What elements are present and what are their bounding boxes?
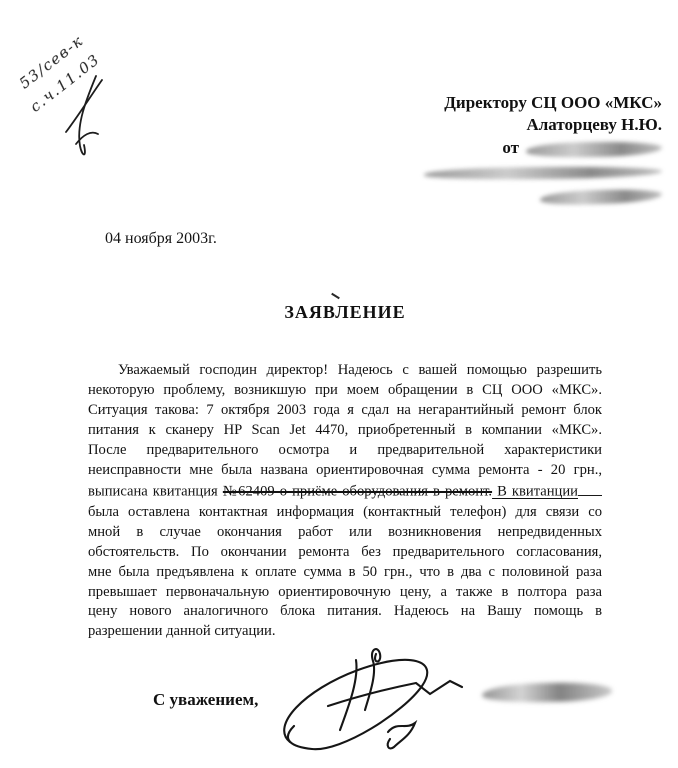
body-line: мной в случае окончания работ или возник… (88, 523, 602, 543)
document-date: 04 ноября 2003г. (105, 230, 217, 248)
recipient-org: Директору СЦ ООО «МКС» (424, 92, 662, 114)
recipient-name: Алаторцеву Н.Ю. (424, 114, 662, 136)
body-line: неисправности мне была названа ориентиро… (88, 461, 602, 481)
body-line: некоторую проблему, возникшую при моем о… (88, 381, 602, 401)
receipt-underlined-text: В квитанции (492, 484, 578, 500)
body-line: цену нового аналогичного блока питания. … (88, 602, 602, 622)
stray-pen-mark (331, 293, 340, 299)
body-line-receipt: выписана квитанция №62409 о приёме обору… (88, 480, 602, 503)
receipt-struck-text: №62409 о приёме оборудования в ремонт. (223, 484, 492, 500)
body-line: Уважаемый господин директор! Надеюсь с в… (88, 361, 602, 381)
body-line: питания к сканеру HP Scan Jet 4470, прио… (88, 421, 602, 441)
handwritten-paraph-icon (56, 72, 118, 164)
recipient-block: Директору СЦ ООО «МКС» Алаторцеву Н.Ю. о… (424, 92, 662, 206)
letter-body: Уважаемый господин директор! Надеюсь с в… (88, 361, 602, 642)
body-line: разрешении данной ситуации. (88, 622, 602, 642)
redacted-signer-name (482, 682, 612, 704)
redacted-row (424, 161, 662, 183)
body-line: превышает первоначальную ориентировочную… (88, 583, 602, 603)
body-line: После предварительного осмотра и предвар… (88, 441, 602, 461)
body-line: была оставлена контактная информация (ко… (88, 503, 602, 523)
redacted-row (424, 184, 662, 206)
closing-salutation: С уважением, (153, 690, 258, 710)
redacted-sender-name (526, 140, 662, 157)
redacted-sender-address (424, 165, 662, 179)
body-line: Ситуация такова: 7 октября 2003 года я с… (88, 401, 602, 421)
body-line: обстоятельств. По окончании ремонта без … (88, 543, 602, 563)
handwritten-signature-icon (270, 642, 470, 766)
document-title-text: ЗАЯВЛЕНИЕ (284, 302, 405, 322)
body-line: мне была предъявлена к оплате сумма в 50… (88, 563, 602, 583)
from-label: от (502, 138, 519, 157)
document-title: ЗАЯВЛЕНИЕ (88, 302, 602, 323)
receipt-plain-text: выписана квитанция (88, 484, 223, 500)
scanned-letter-page: 53/сев-к с.ч.11.03 Директору СЦ ООО «МКС… (0, 0, 678, 768)
from-line: от (424, 137, 662, 159)
redacted-sender-detail (540, 188, 662, 206)
pen-underline-tail (578, 480, 602, 496)
